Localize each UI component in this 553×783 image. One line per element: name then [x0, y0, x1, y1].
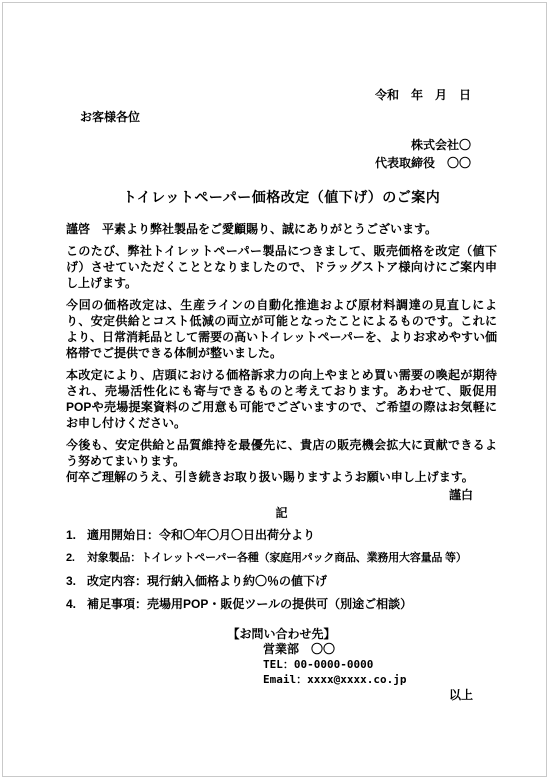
date-line: 令和 年 月 日 [66, 88, 497, 103]
closing-word: 謹白 [66, 487, 497, 503]
document-page: 令和 年 月 日 お客様各位 株式会社〇 代表取締役 〇〇 トイレットペーパー価… [2, 2, 547, 777]
list-item-text: 改定内容：現行納入価格より約〇％の値下げ [87, 573, 327, 589]
list-item-number: 2. [66, 550, 87, 566]
list-item: 4. 補足事項：売場用POP・販促ツールの提供可（別途ご相談） [66, 596, 497, 612]
paragraph-announcement: このたび、弊社トイレットペーパー製品につきまして、販売価格を改定（値下げ）させて… [66, 243, 497, 291]
contact-department: 営業部 〇〇 [263, 642, 497, 657]
recipient: お客様各位 [80, 110, 497, 125]
list-item-number: 3. [66, 573, 87, 589]
sender-company: 株式会社〇 [66, 138, 497, 153]
paragraph-commitment: 今後も、安定供給と品質維持を最優先に、貴店の販売機会拡大に貢献できるよう努めてま… [66, 437, 497, 469]
contact-email: Email：xxxx@xxxx.co.jp [263, 672, 497, 687]
contact-heading: 【お問い合わせ先】 [66, 627, 497, 642]
list-item-text: 対象製品：トイレットペーパー各種（家庭用パック商品、業務用大容量品 等） [87, 550, 467, 566]
paragraph-request: 何卒ご理解のうえ、引き続きお取り扱い賜りますようお願い申し上げます。 [66, 469, 497, 485]
list-item-text: 補足事項：売場用POP・販促ツールの提供可（別途ご相談） [87, 596, 412, 612]
list-item: 2. 対象製品：トイレットペーパー各種（家庭用パック商品、業務用大容量品 等） [66, 550, 497, 566]
paragraph-benefits: 本改定により、店頭における価格訴求力の向上やまとめ買い需要の喚起が期待され、売場… [66, 367, 497, 431]
paragraph-greeting: 謹啓 平素より弊社製品をご愛顧賜り、誠にありがとうございます。 [66, 221, 497, 237]
list-item-text: 適用開始日：令和〇年〇月〇日出荷分より [87, 527, 315, 543]
contact-block: 【お問い合わせ先】 営業部 〇〇 TEL：00-0000-0000 Email：… [66, 627, 497, 687]
list-item: 1. 適用開始日：令和〇年〇月〇日出荷分より [66, 527, 497, 543]
letter-title: トイレットペーパー価格改定（値下げ）のご案内 [66, 186, 497, 208]
details-list: 1. 適用開始日：令和〇年〇月〇日出荷分より 2. 対象製品：トイレットペーパー… [66, 527, 497, 612]
list-item: 3. 改定内容：現行納入価格より約〇％の値下げ [66, 573, 497, 589]
end-marker: 以上 [66, 687, 497, 703]
paragraph-background: 今回の価格改定は、生産ラインの自動化推進および原材料調達の見直しにより、安定供給… [66, 297, 497, 361]
contact-lines: 営業部 〇〇 TEL：00-0000-0000 Email：xxxx@xxxx.… [263, 642, 497, 687]
sender-representative: 代表取締役 〇〇 [66, 156, 497, 171]
list-item-number: 1. [66, 527, 87, 543]
contact-tel: TEL：00-0000-0000 [263, 657, 497, 672]
list-item-number: 4. [66, 596, 87, 612]
record-marker: 記 [66, 505, 497, 521]
